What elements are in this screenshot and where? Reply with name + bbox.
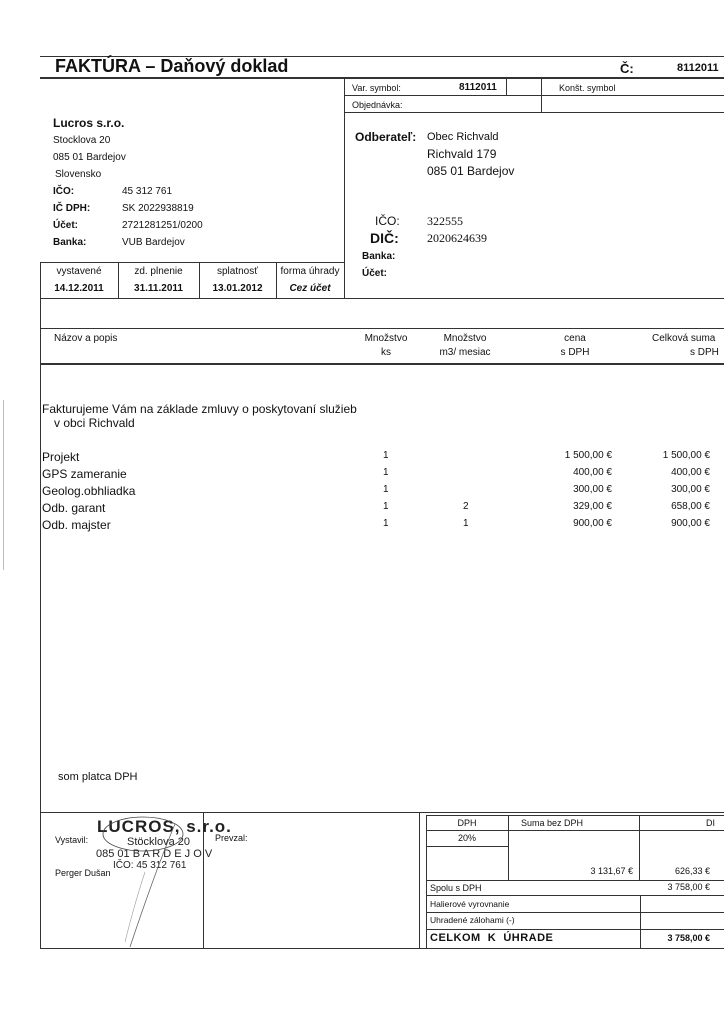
supplier-account-label: Účet: [53,220,78,231]
customer-ico-label: IČO: [375,214,400,228]
col-name-header: Názov a popis [54,333,117,344]
item-qty-ks: 1 [383,467,389,478]
item-price: 400,00 € [520,467,612,478]
col-qty-m3-header: Množstvo [430,333,500,344]
rounding-label: Halierové vyrovnanie [430,899,509,909]
customer-dic-value: 2020624639 [427,231,487,246]
customer-ico-value: 322555 [427,214,463,229]
supplier-icdph-value: SK 2022938819 [122,203,194,214]
col-price-unit: s DPH [550,347,600,358]
item-qty-ks: 1 [383,484,389,495]
due-date-label: splatnosť [199,266,276,277]
supplier-country: Slovensko [55,169,101,180]
grand-total-label: CELKOM K ÚHRADE [430,932,553,944]
customer-label: Odberateľ: [355,130,416,144]
supplier-ico-label: IČO: [53,186,74,197]
item-total: 900,00 € [620,518,710,529]
item-name: GPS zameranie [42,467,127,481]
payment-method-value: Cez účet [276,283,344,294]
invoice-number-label: Č: [620,61,634,76]
col-qty-m3-unit: m3/ mesiac [430,347,500,358]
issued-date-label: vystavené [40,266,118,277]
supplier-street: Stocklova 20 [53,135,110,146]
item-price: 300,00 € [520,484,612,495]
customer-street: Richvald 179 [427,147,496,161]
customer-bank-label: Banka: [362,251,395,262]
item-qty-ks: 1 [383,450,389,461]
col-total-unit: s DPH [690,347,719,358]
issued-by-label: Vystavil: [55,835,88,845]
base-amount-header: Suma bez DPH [521,818,583,828]
item-name: Projekt [42,450,79,464]
customer-city: 085 01 Bardejov [427,164,514,178]
customer-account-label: Účet: [362,268,387,279]
issued-date-value: 14.12.2011 [40,283,118,294]
due-date-value: 13.01.2012 [199,283,276,294]
base-amount-value: 3 131,67 € [509,866,633,876]
vat-rate-header: DPH [426,818,508,828]
item-qty-ks: 1 [383,501,389,512]
item-price: 900,00 € [520,518,612,529]
supplier-bank-value: VUB Bardejov [122,237,185,248]
item-total: 300,00 € [620,484,710,495]
col-total-header: Celková suma [652,333,715,344]
konst-symbol-label: Konšt. symbol [559,83,616,93]
item-total: 1 500,00 € [620,450,710,461]
supplier-ico-value: 45 312 761 [122,186,172,197]
objednavka-label: Objednávka: [352,100,403,110]
deposits-label: Uhradené zálohami (-) [430,915,515,925]
col-qty-ks-unit: ks [356,347,416,358]
var-symbol-label: Var. symbol: [352,83,401,93]
vat-amount-header: DI [706,818,715,828]
invoice-number: 8112011 [677,62,719,74]
items-intro-line2: v obci Richvald [54,416,135,430]
total-with-vat-label: Spolu s DPH [430,883,482,893]
item-qty-ks: 1 [383,518,389,529]
item-name: Odb. majster [42,518,111,532]
items-intro-line1: Fakturujeme Vám na základe zmluvy o posk… [42,402,357,416]
vat-payer-note: som platca DPH [58,771,137,783]
supplier-icdph-label: IČ DPH: [53,203,90,214]
invoice-title: FAKTÚRA – Daňový doklad [55,56,288,77]
col-price-header: cena [550,333,600,344]
item-name: Geolog.obhliadka [42,484,135,498]
vat-amount-value: 626,33 € [640,866,710,876]
customer-dic-label: DIČ: [370,230,399,246]
item-qty-m3: 2 [463,501,469,512]
grand-total-value: 3 758,00 € [640,933,710,943]
supplier-bank-label: Banka: [53,237,86,248]
customer-name: Obec Richvald [427,131,499,143]
item-name: Odb. garant [42,501,105,515]
item-price: 329,00 € [520,501,612,512]
total-with-vat-value: 3 758,00 € [640,882,710,892]
item-qty-m3: 1 [463,518,469,529]
signature-icon [95,812,215,952]
supplier-name: Lucros s.r.o. [53,116,124,130]
supply-date-label: zd. plnenie [118,266,199,277]
col-qty-ks-header: Množstvo [356,333,416,344]
var-symbol-value: 8112011 [459,82,497,93]
supplier-city: 085 01 Bardejov [53,152,126,163]
supplier-account-value: 2721281251/0200 [122,220,203,231]
item-total: 400,00 € [620,467,710,478]
item-total: 658,00 € [620,501,710,512]
supply-date-value: 31.11.2011 [118,283,199,294]
vat-rate-value: 20% [426,833,508,843]
payment-method-label: forma úhrady [276,266,344,277]
item-price: 1 500,00 € [520,450,612,461]
